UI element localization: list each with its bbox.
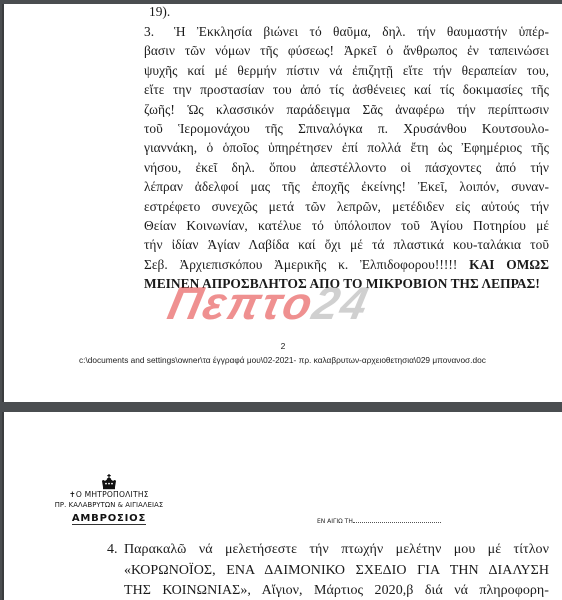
- paragraph-line: ψυχῆς καί μέ θερμήν πίστιν νά ἐπιζητῇ εἴ…: [144, 61, 549, 80]
- paragraph-line: λέπραν ἀδελφοί μας τῆς ἐποχῆς ἐκείνης! Ἐ…: [144, 177, 549, 196]
- paragraph-number: 4.: [107, 540, 124, 561]
- paragraph-line: 4.Παρακαλῶ νά μελετήσεστε τήν πτωχήν μελ…: [107, 540, 549, 561]
- paragraph-3: 3.Ἡ Ἐκκλησία βιώνει τό θαῦμα, δηλ. τήν θ…: [144, 22, 549, 294]
- emphasis-line: ΜΕΙΝΕΝ ΑΠΡΟΣΒΛΗΤΟΣ ΑΠΟ ΤΟ ΜΙΚΡΟΒΙΟΝ ΤΗΣ …: [144, 274, 549, 293]
- paragraph-line: 3.Ἡ Ἐκκλησία βιώνει τό θαῦμα, δηλ. τήν θ…: [144, 22, 549, 41]
- paragraph-line: τήν ἰδίαν Ἁγίαν Λαβίδα καί ὄχι μέ τά πλα…: [144, 235, 549, 254]
- paragraph-line: τοῦ Ἱερομονάχου τῆς Σπιναλόγκα π. Χρυσάν…: [144, 119, 549, 138]
- paragraph-line: εἴτε την προστασίαν του ἀπό τίς ἀσθένειε…: [144, 80, 549, 99]
- paragraph-line: Θείαν Κοινωνίαν, κατέλυε τό ὑπόλοιπον το…: [144, 216, 549, 235]
- paragraph-line: νήσου, ἐκεῖ δηλ. ὅπου ἀπεστέλλοντο οἱ πά…: [144, 158, 549, 177]
- line-text: Ἡ Ἐκκλησία βιώνει τό θαῦμα, δηλ. τήν θαυ…: [174, 24, 549, 39]
- paragraph-line: ΤΗΣ ΚΟΙΝΩΝΙΑΣ», Αἴγιον, Μάρτιος 2020,β δ…: [107, 581, 549, 600]
- letterhead-title: ✝Ο ΜΗΤΡΟΠΟΛΙΤΗΣ: [34, 490, 184, 500]
- paragraph-line: γιαννάκη, ὁ ὁποῖος ὑπηρέτησεν ἐπί πολλά …: [144, 138, 549, 157]
- paragraph-line: «ΚΟΡΩΝΟΪΟΣ, ΕΝΑ ΔΑΙΜΟΝΙΚΟ ΣΧΕΔΙΟ ΓΙΑ ΤΗΝ…: [107, 561, 549, 582]
- date-blank-line: [353, 522, 441, 523]
- letterhead-diocese: ΠΡ. ΚΑΛΑΒΡΥΤΩΝ & ΑΙΓΙΑΛΕΙΑΣ: [34, 500, 184, 510]
- paragraph-4: 4.Παρακαλῶ νά μελετήσεστε τήν πτωχήν μελ…: [107, 540, 549, 600]
- paragraph-line: Σεβ. Ἀρχιεπισκόπου Ἀμερικῆς κ. Ἐλπιδοφορ…: [144, 255, 549, 274]
- paragraph-line: βασιν τῶν νόμων τῆς φύσεως! Ἀρκεῖ ὁ ἄνθρ…: [144, 41, 549, 60]
- place-date-field: ΕΝ ΑΙΓΙΩ ΤΗ: [317, 518, 441, 525]
- paragraph-line: εστρέφετο συνεχῶς μετά τῶν λεπρῶν, μετέδ…: [144, 197, 549, 216]
- place-date-label: ΕΝ ΑΙΓΙΩ ΤΗ: [317, 518, 353, 525]
- previous-paragraph-fragment: 19).: [149, 2, 170, 21]
- file-path-footer: c:\documents and settings\owner\τα έγγρα…: [79, 355, 486, 365]
- signatory-name: ΑΜΒΡΟΣΙΟΣ: [72, 513, 146, 525]
- paragraph-number: 3.: [144, 22, 174, 41]
- document-page-1: 19). 3.Ἡ Ἐκκλησία βιώνει τό θαῦμα, δηλ. …: [2, 4, 562, 402]
- crown-icon: [100, 474, 118, 490]
- letterhead: ✝Ο ΜΗΤΡΟΠΟΛΙΤΗΣ ΠΡ. ΚΑΛΑΒΡΥΤΩΝ & ΑΙΓΙΑΛΕ…: [34, 474, 184, 526]
- page-number: 2: [4, 341, 562, 351]
- letterhead-name: ΑΜΒΡΟΣΙΟΣ: [34, 512, 184, 526]
- line-text: Σεβ. Ἀρχιεπισκόπου Ἀμερικῆς κ. Ἐλπιδοφορ…: [144, 257, 469, 272]
- document-page-2: ✝Ο ΜΗΤΡΟΠΟΛΙΤΗΣ ΠΡ. ΚΑΛΑΒΡΥΤΩΝ & ΑΙΓΙΑΛΕ…: [2, 412, 562, 600]
- paragraph-line: ζωῆς! Ὡς κλασσικόν παράδειγμα Σᾶς ἀναφέρ…: [144, 100, 549, 119]
- line-text: Παρακαλῶ νά μελετήσεστε τήν πτωχήν μελέτ…: [124, 542, 549, 557]
- emphasis-text: ΚΑΙ ΟΜΩΣ: [469, 257, 549, 272]
